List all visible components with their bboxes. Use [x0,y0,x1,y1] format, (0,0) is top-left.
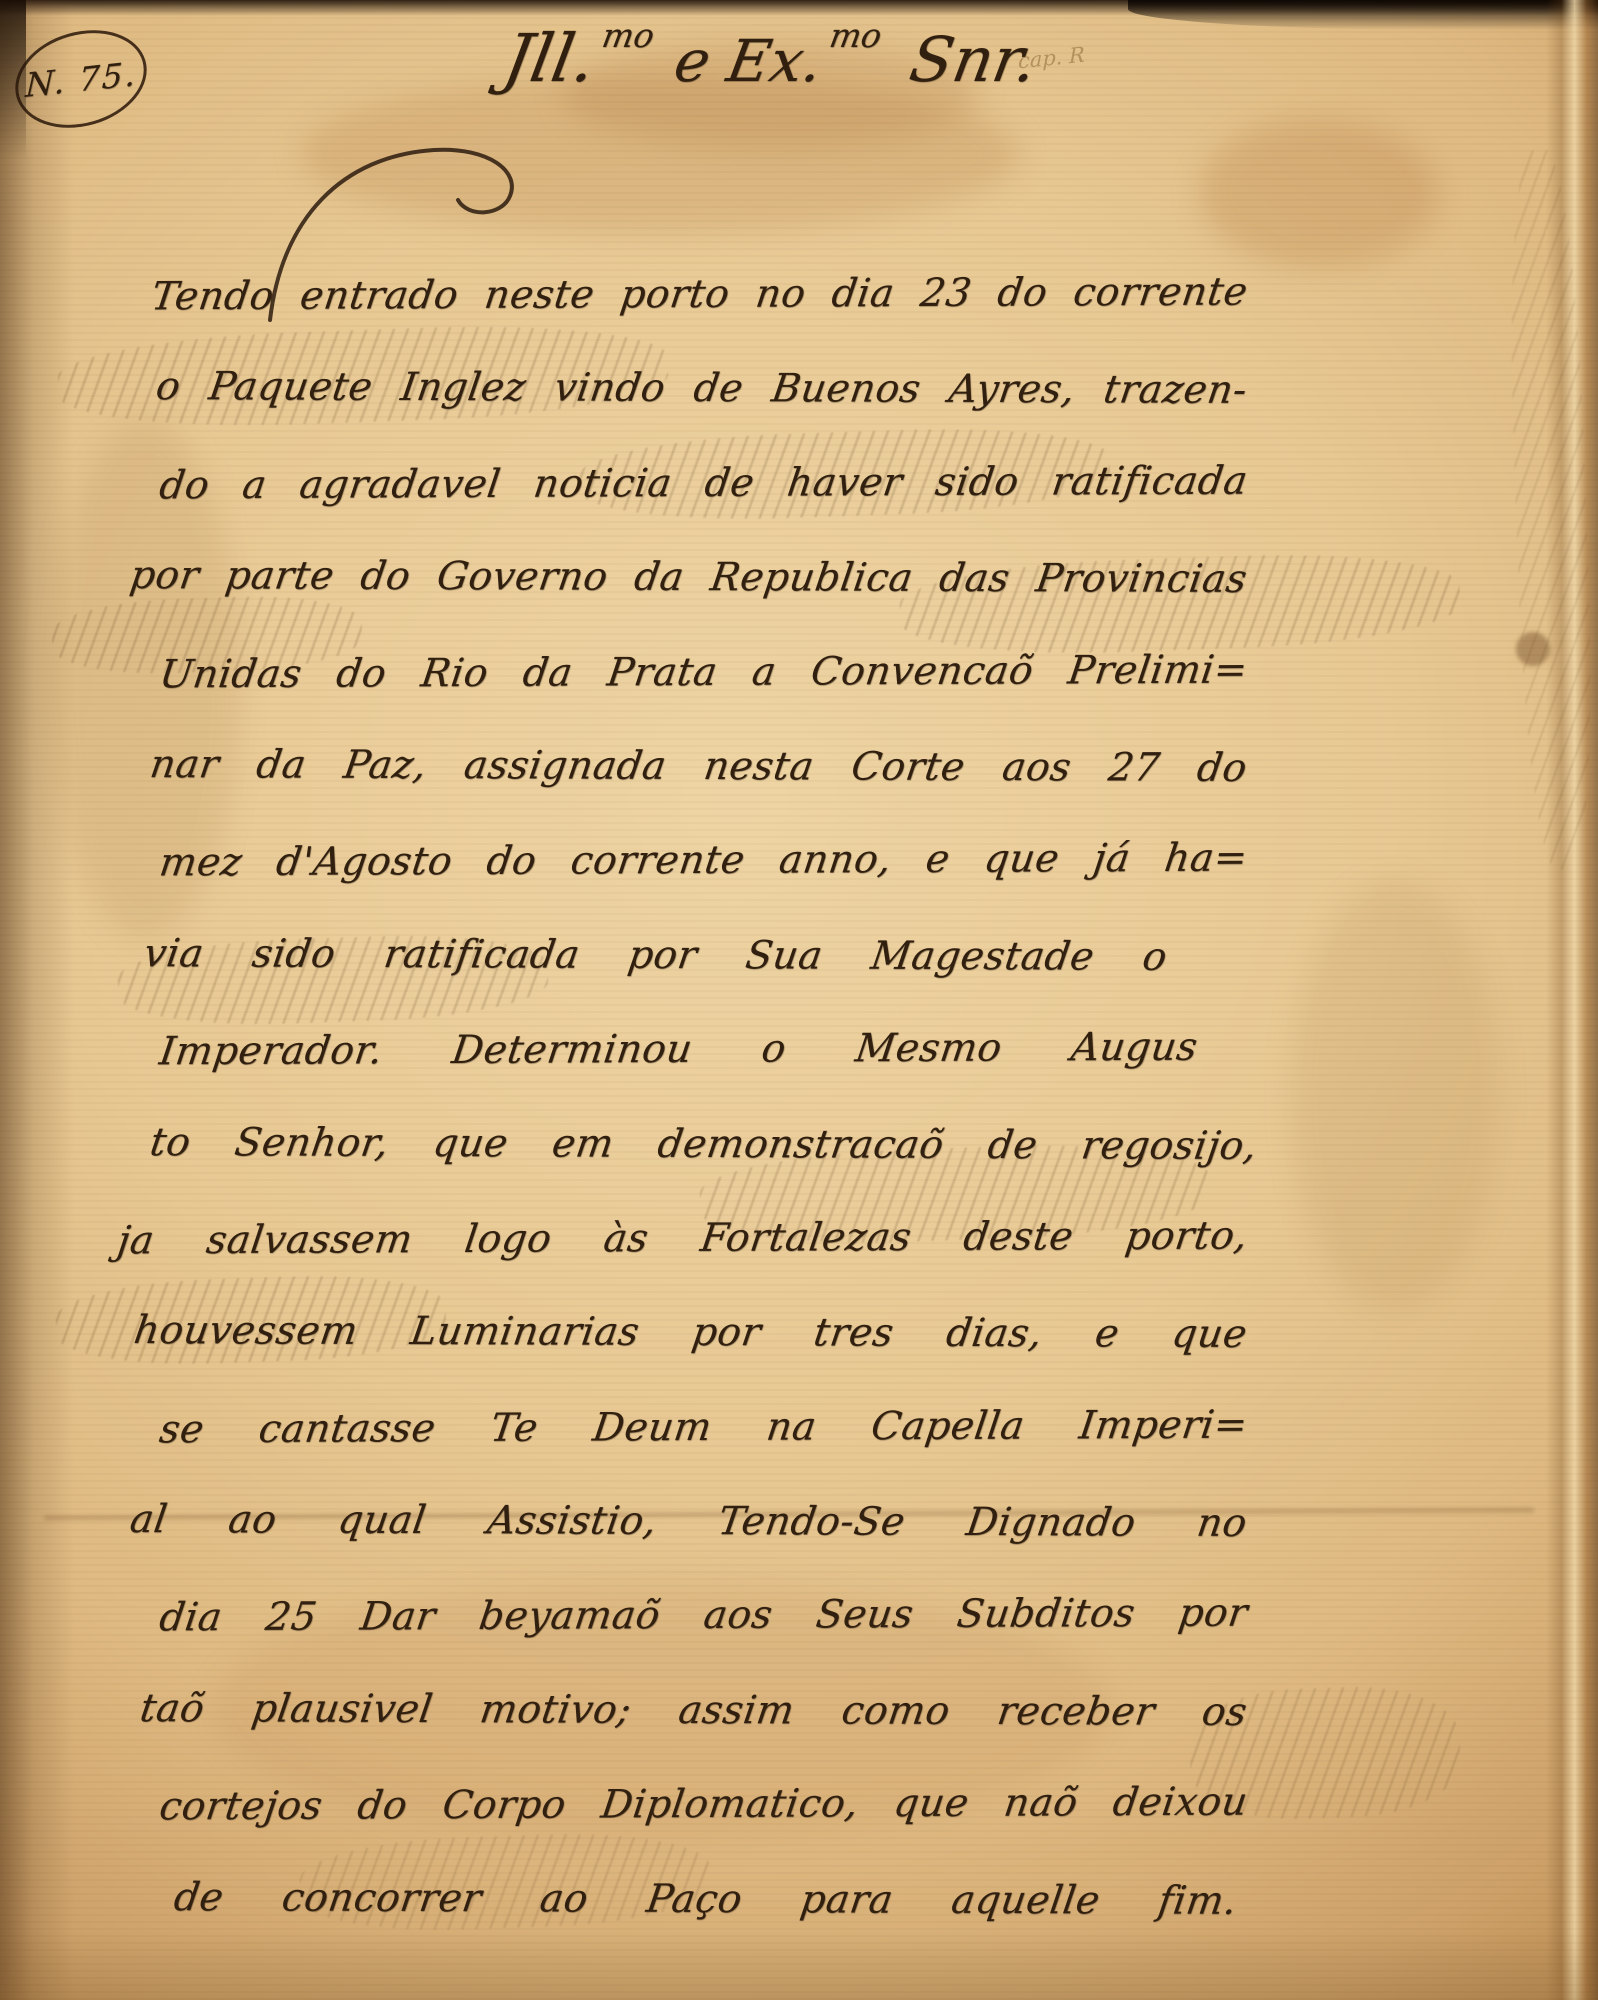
salutation: Jll. mo e Ex. mo Snr. [498,20,1043,97]
manuscript-line: houvessem Luminarias por tres dias, e qu… [127,1284,1253,1382]
manuscript-line: do a agradavel noticia de haver sido rat… [153,434,1254,533]
letter-body: Tendo entrado neste porto no dia 23 do c… [118,248,1298,1947]
manuscript-line: Tendo entrado neste porto no dia 23 do c… [145,246,1254,345]
manuscript-line: o Paquete Inglez vindo de Buenos Ayres, … [149,340,1253,438]
manuscript-line: Imperador. Determinou o Mesmo Augus [153,1001,1203,1100]
manuscript-line: ja salvassem logo às Fortalezas deste po… [111,1189,1254,1288]
manuscript-page: N. 75. Jll. mo e Ex. mo Snr. cap. R Tend… [0,0,1598,2000]
manuscript-line: Unidas do Rio da Prata a Convencaõ Preli… [153,623,1254,722]
salutation-illmo: Jll. [498,20,601,97]
manuscript-line: se cantasse Te Deum na Capella Imperi= [153,1378,1254,1477]
manuscript-line: cortejos do Corpo Diplomatico, que naõ d… [153,1756,1254,1855]
manuscript-line: de concorrer ao Paço para aquelle fim. [167,1851,1243,1949]
ink-spot [1516,632,1550,666]
manuscript-line: to Senhor, que em demonstracaõ de regosi… [143,1096,1263,1194]
book-gutter-shadow [0,0,74,2000]
salutation-sup-mo-1: mo [599,16,657,55]
paper-stain [300,74,1020,234]
manuscript-line: por parte do Governo da Republica das Pr… [123,529,1253,627]
manuscript-line: nar da Paz, assignada nesta Corte aos 27… [143,718,1253,816]
page-top-edge-right [1128,0,1598,30]
page-fore-edge [1546,0,1598,2000]
manuscript-line: taõ plausivel motivo; assim como receber… [133,1662,1253,1760]
manuscript-line: al ao qual Assistio, Tendo-Se Dignado no [123,1473,1253,1571]
manuscript-line: dia 25 Dar beyamaõ aos Seus Subditos por [153,1567,1254,1666]
manuscript-line: mez d'Agosto do corrente anno, e que já … [153,812,1254,911]
salutation-exmo: e Ex. [669,27,827,95]
salutation-sup-mo-2: mo [827,16,885,55]
paper-stain [1290,880,1500,1310]
manuscript-line: via sido ratificada por Sua Magestade o [137,907,1173,1005]
document-number: N. 75. [24,53,137,104]
